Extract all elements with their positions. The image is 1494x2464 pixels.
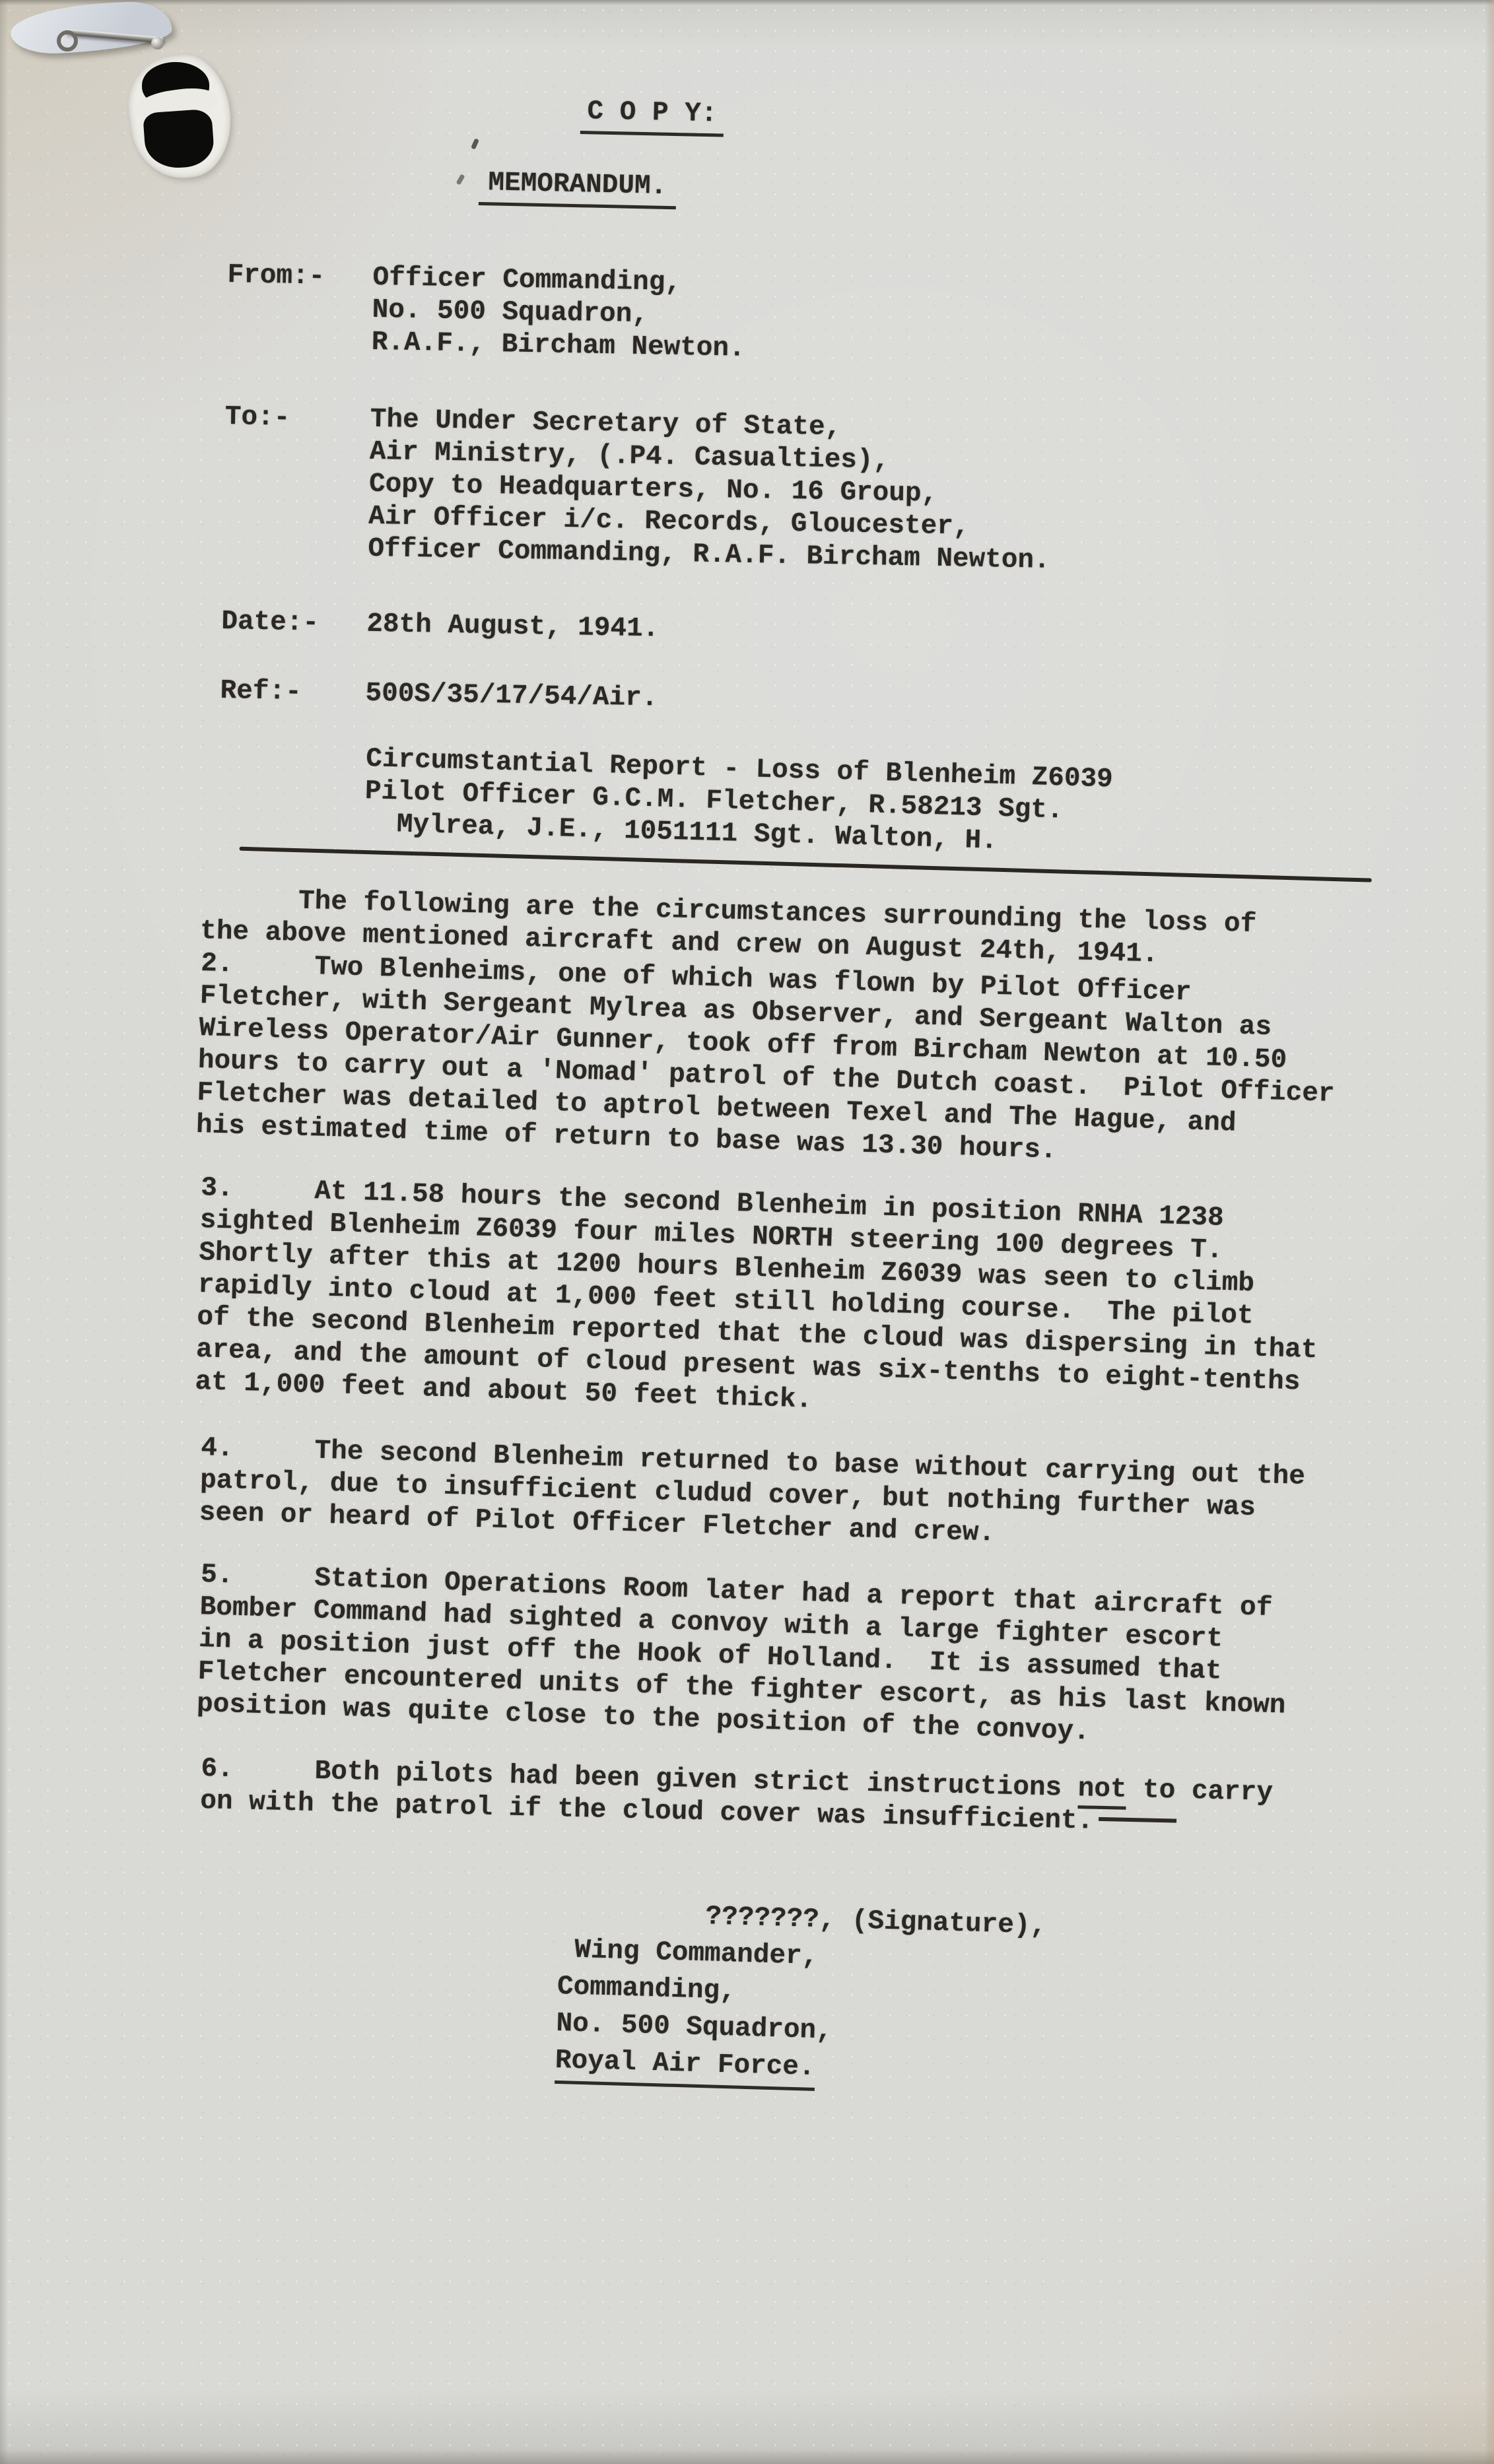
scan-edge-left: [0, 0, 8, 2464]
paragraph-6: 6. Both pilots had been given strict ins…: [200, 1753, 1273, 1842]
fastener-torn-paper-strip: [9, 0, 172, 55]
copy-heading: C O P Y:: [580, 96, 724, 137]
scan-edge-top: [0, 0, 1494, 5]
from-address: Officer Commanding,No. 500 Squadron,R.A.…: [371, 262, 746, 366]
letterhead-date-row: Date:- 28th August, 1941.: [221, 606, 660, 646]
para6-post: to carry: [1126, 1775, 1273, 1809]
letterhead-to-row: To:- The Under Secretary of State,Air Mi…: [222, 401, 1052, 578]
ink-mark: [471, 138, 479, 149]
letterhead-from-row: From:- Officer Commanding,No. 500 Squadr…: [226, 259, 746, 366]
to-label: To:-: [224, 401, 370, 436]
date-value: 28th August, 1941.: [366, 609, 660, 646]
scan-edge-right: [1485, 0, 1494, 2464]
signature-block: ???????, (Signature), Wing Commander,Com…: [555, 1894, 1047, 2093]
paragraph-2: 2. Two Blenheims, one of which was flown…: [195, 948, 1338, 1176]
date-label: Date:-: [221, 606, 367, 641]
text-line: 28th August, 1941.: [366, 609, 660, 646]
ref-value: 500S/35/17/54/Air.: [365, 678, 658, 716]
memo-title: MEMORANDUM.: [479, 168, 677, 209]
text-line: 500S/35/17/54/Air.: [365, 678, 658, 716]
paragraph-3: 3. At 11.58 hours the second Blenheim in…: [195, 1172, 1322, 1432]
not-underlined-word: not: [1077, 1774, 1127, 1810]
subject-lines: Circumstantial Report - Loss of Blenheim…: [364, 743, 1113, 861]
ink-mark: [456, 174, 465, 185]
signature-unit-underlined: Royal Air Force.: [555, 2046, 815, 2091]
pin-loop: [57, 30, 78, 51]
underline-artifact: [1099, 1817, 1176, 1823]
paragraph-5: 5. Station Operations Room later had a r…: [196, 1559, 1289, 1755]
letterhead-ref-row: Ref:- 500S/35/17/54/Air.: [220, 675, 658, 716]
to-address: The Under Secretary of State,Air Ministr…: [368, 404, 1052, 578]
text-line: R.A.F., Bircham Newton.: [371, 327, 745, 366]
signature-lines: ???????, (Signature), Wing Commander,Com…: [556, 1894, 1047, 2056]
letterhead: From:- Officer Commanding,No. 500 Squadr…: [219, 259, 1415, 755]
pin-ball: [151, 37, 164, 50]
paragraph-4: 4. The second Blenheim returned to base …: [199, 1432, 1305, 1558]
from-label: From:-: [227, 259, 373, 294]
subject-heading: Circumstantial Report - Loss of Blenheim…: [364, 743, 1113, 861]
scanned-memorandum-page: C O P Y: MEMORANDUM. From:- Officer Comm…: [0, 0, 1494, 2464]
ref-label: Ref:-: [220, 675, 366, 710]
scan-edge-bottom: [0, 2449, 1494, 2464]
